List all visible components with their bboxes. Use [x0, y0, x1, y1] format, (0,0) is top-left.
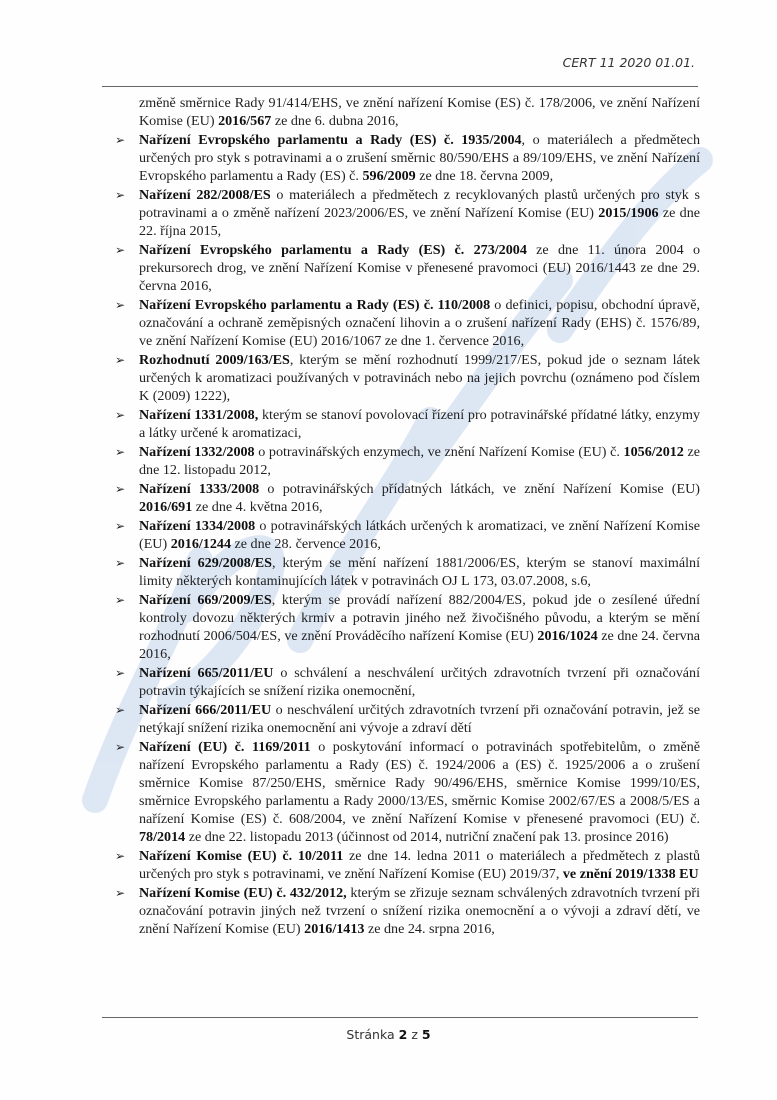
arrowhead-bullet-icon: ➢: [115, 884, 125, 902]
regulation-text: ze dne 28. července 2016,: [231, 536, 381, 552]
list-item: ➢Rozhodnutí 2009/163/ES, kterým se mění …: [103, 351, 700, 405]
regulation-reference: 2015/1906: [598, 205, 658, 221]
list-item: ➢Nařízení 666/2011/EU o neschválení urči…: [103, 701, 700, 737]
regulation-reference: 2016/691: [139, 499, 192, 515]
regulation-text: ze dne 24. srpna 2016,: [364, 921, 494, 937]
list-item: ➢Nařízení Komise (EU) č. 432/2012, který…: [103, 884, 700, 938]
list-item-text: Nařízení 282/2008/ES o materiálech a pře…: [139, 186, 700, 240]
list-item: ➢Nařízení 282/2008/ES o materiálech a př…: [103, 186, 700, 240]
regulation-text: ze dne 22. listopadu 2013 (účinnost od 2…: [185, 829, 668, 845]
page-number: Stránka 2 z 5: [0, 1027, 777, 1042]
list-item-text: Rozhodnutí 2009/163/ES, kterým se mění r…: [139, 351, 700, 405]
arrowhead-bullet-icon: ➢: [115, 241, 125, 259]
regulation-reference: Nařízení 282/2008/ES: [139, 187, 271, 203]
regulation-text: o potravinářských enzymech, ve znění Nař…: [255, 444, 624, 460]
arrowhead-bullet-icon: ➢: [115, 131, 125, 149]
regulation-reference: Nařízení 1334/2008: [139, 518, 255, 534]
list-item-text: Nařízení 665/2011/EU o schválení a nesch…: [139, 664, 700, 700]
regulation-reference: 1056/2012: [624, 444, 684, 460]
arrowhead-bullet-icon: ➢: [115, 406, 125, 424]
regulation-reference: Nařízení Komise (EU) č. 10/2011: [139, 848, 343, 864]
list-item-text: Nařízení Komise (EU) č. 432/2012, kterým…: [139, 884, 700, 938]
regulations-list: změně směrnice Rady 91/414/EHS, ve znění…: [103, 94, 700, 938]
arrowhead-bullet-icon: ➢: [115, 443, 125, 461]
list-item-text: Nařízení 629/2008/ES, kterým se mění nař…: [139, 554, 700, 590]
list-item: ➢Nařízení Evropského parlamentu a Rady (…: [103, 241, 700, 295]
regulation-reference: Rozhodnutí 2009/163/ES: [139, 352, 290, 368]
regulation-reference: 2016/1413: [304, 921, 364, 937]
regulation-reference: Nařízení 666/2011/EU: [139, 702, 271, 718]
arrowhead-bullet-icon: ➢: [115, 554, 125, 572]
regulation-reference: ve znění 2019/1338 EU: [563, 866, 699, 882]
total-pages: 5: [422, 1027, 431, 1042]
regulation-reference: 78/2014: [139, 829, 185, 845]
list-item: ➢Nařízení 1334/2008 o potravinářských lá…: [103, 517, 700, 553]
regulation-reference: 2016/1244: [171, 536, 231, 552]
list-item-text: Nařízení Evropského parlamentu a Rady (E…: [139, 296, 700, 350]
list-item-text: Nařízení 1333/2008 o potravinářských pří…: [139, 480, 700, 516]
list-item-text: Nařízení Komise (EU) č. 10/2011 ze dne 1…: [139, 847, 700, 883]
list-item: ➢Nařízení Komise (EU) č. 10/2011 ze dne …: [103, 847, 700, 883]
arrowhead-bullet-icon: ➢: [115, 351, 125, 369]
regulation-text: ze dne 6. dubna 2016,: [271, 113, 398, 129]
list-item-text: Nařízení Evropského parlamentu a Rady (E…: [139, 131, 700, 185]
header-divider: [102, 86, 698, 87]
regulation-reference: Nařízení Evropského parlamentu a Rady (E…: [139, 297, 490, 313]
regulation-text: ze dne 4. května 2016,: [192, 499, 322, 515]
list-item-text: Nařízení (EU) č. 1169/2011 o poskytování…: [139, 738, 700, 846]
regulation-reference: Nařízení 665/2011/EU: [139, 665, 274, 681]
list-item: ➢Nařízení Evropského parlamentu a Rady (…: [103, 296, 700, 350]
regulation-reference: Nařízení (EU) č. 1169/2011: [139, 739, 311, 755]
regulation-text: ze dne 18. června 2009,: [416, 168, 553, 184]
regulation-reference: Nařízení Komise (EU) č. 432/2012,: [139, 885, 347, 901]
regulation-reference: Nařízení 1333/2008: [139, 481, 259, 497]
document-reference: CERT 11 2020 01.01.: [563, 55, 695, 70]
arrowhead-bullet-icon: ➢: [115, 186, 125, 204]
list-item-text: Nařízení 1334/2008 o potravinářských lát…: [139, 517, 700, 553]
regulation-reference: 596/2009: [362, 168, 415, 184]
regulation-text: o potravinářských přídatných látkách, ve…: [259, 481, 700, 497]
regulation-reference: Nařízení Evropského parlamentu a Rady (E…: [139, 132, 522, 148]
list-item-text: Nařízení 666/2011/EU o neschválení určit…: [139, 701, 700, 737]
continued-paragraph: změně směrnice Rady 91/414/EHS, ve znění…: [139, 94, 700, 130]
arrowhead-bullet-icon: ➢: [115, 591, 125, 609]
arrowhead-bullet-icon: ➢: [115, 480, 125, 498]
list-item: ➢Nařízení 629/2008/ES, kterým se mění na…: [103, 554, 700, 590]
arrowhead-bullet-icon: ➢: [115, 701, 125, 719]
list-item-text: Nařízení 669/2009/ES, kterým se provádí …: [139, 591, 700, 663]
list-item-text: Nařízení 1331/2008, kterým se stanoví po…: [139, 406, 700, 442]
footer-divider: [102, 1017, 698, 1018]
regulation-reference: Nařízení 1332/2008: [139, 444, 255, 460]
page-separator: z: [407, 1027, 422, 1042]
list-item-text: Nařízení 1332/2008 o potravinářských enz…: [139, 443, 700, 479]
regulation-reference: 2016/1024: [537, 628, 597, 644]
regulation-reference: Nařízení 669/2009/ES: [139, 592, 272, 608]
arrowhead-bullet-icon: ➢: [115, 517, 125, 535]
page-label: Stránka: [346, 1027, 398, 1042]
list-item: ➢Nařízení 669/2009/ES, kterým se provádí…: [103, 591, 700, 663]
arrowhead-bullet-icon: ➢: [115, 296, 125, 314]
regulation-reference: 2016/567: [218, 113, 271, 129]
list-item: ➢Nařízení 1333/2008 o potravinářských př…: [103, 480, 700, 516]
list-item: ➢Nařízení 665/2011/EU o schválení a nesc…: [103, 664, 700, 700]
list-item: ➢Nařízení 1331/2008, kterým se stanoví p…: [103, 406, 700, 442]
list-item: ➢Nařízení (EU) č. 1169/2011 o poskytován…: [103, 738, 700, 846]
arrowhead-bullet-icon: ➢: [115, 738, 125, 756]
regulation-reference: Nařízení 629/2008/ES: [139, 555, 272, 571]
regulation-reference: Nařízení Evropského parlamentu a Rady (E…: [139, 242, 527, 258]
list-item: ➢Nařízení 1332/2008 o potravinářských en…: [103, 443, 700, 479]
list-item-text: Nařízení Evropského parlamentu a Rady (E…: [139, 241, 700, 295]
list-item: ➢Nařízení Evropského parlamentu a Rady (…: [103, 131, 700, 185]
regulation-reference: Nařízení 1331/2008,: [139, 407, 258, 423]
arrowhead-bullet-icon: ➢: [115, 664, 125, 682]
arrowhead-bullet-icon: ➢: [115, 847, 125, 865]
